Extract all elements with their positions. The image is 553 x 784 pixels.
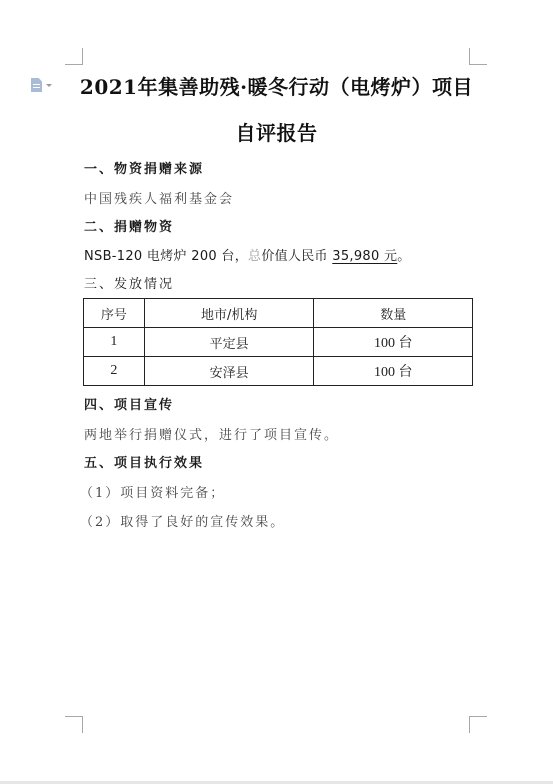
donation-amount: 35,980 元 — [332, 249, 397, 264]
page-corner-mark-top-right — [469, 48, 487, 65]
section-body-2: NSB-120 电烤炉 200 台，总价值人民币 35,980 元。 — [84, 245, 411, 264]
section-heading-5: 五、项目执行效果 — [84, 452, 204, 471]
table-cell: 100 台 — [314, 328, 473, 357]
section-body-1: 中国残疾人福利基金会 — [84, 188, 234, 207]
donation-items-text: NSB-120 电烤炉 200 台， — [84, 249, 248, 264]
table-cell: 平定县 — [144, 328, 314, 357]
document-title-line1: 2021年集善助残·暖冬行动（电烤炉）项目 — [0, 71, 553, 100]
page-corner-mark-bottom-right — [469, 716, 487, 733]
table-header-cell: 地市/机构 — [144, 299, 314, 328]
effect-item-2: （2）取得了良好的宣传效果。 — [80, 511, 285, 530]
section-body-4: 两地举行捐赠仪式，进行了项目宣传。 — [84, 424, 339, 443]
table-row: 2 安泽县 100 台 — [84, 357, 473, 386]
section-heading-4: 四、项目宣传 — [84, 394, 174, 413]
page-corner-mark-bottom-left — [65, 716, 83, 733]
sentence-end: 。 — [397, 249, 410, 264]
page-corner-mark-top-left — [65, 48, 83, 65]
table-cell: 安泽县 — [144, 357, 314, 386]
table-cell: 1 — [84, 328, 145, 357]
effect-item-1: （1）项目资料完备； — [80, 482, 225, 501]
table-cell: 100 台 — [314, 357, 473, 386]
table-header-row: 序号 地市/机构 数量 — [84, 299, 473, 328]
distribution-table: 序号 地市/机构 数量 1 平定县 100 台 2 安泽县 100 台 — [83, 298, 473, 386]
section-heading-2: 二、捐赠物资 — [84, 216, 174, 235]
table-header-cell: 序号 — [84, 299, 145, 328]
table-cell: 2 — [84, 357, 145, 386]
section-heading-1: 一、物资捐赠来源 — [84, 158, 204, 177]
table-header-cell: 数量 — [314, 299, 473, 328]
total-char: 总 — [248, 249, 261, 264]
table-row: 1 平定县 100 台 — [84, 328, 473, 357]
document-title-line2: 自评报告 — [0, 117, 553, 146]
section-heading-3: 三、发放情况 — [84, 273, 174, 292]
value-label: 价值人民币 — [261, 249, 332, 264]
